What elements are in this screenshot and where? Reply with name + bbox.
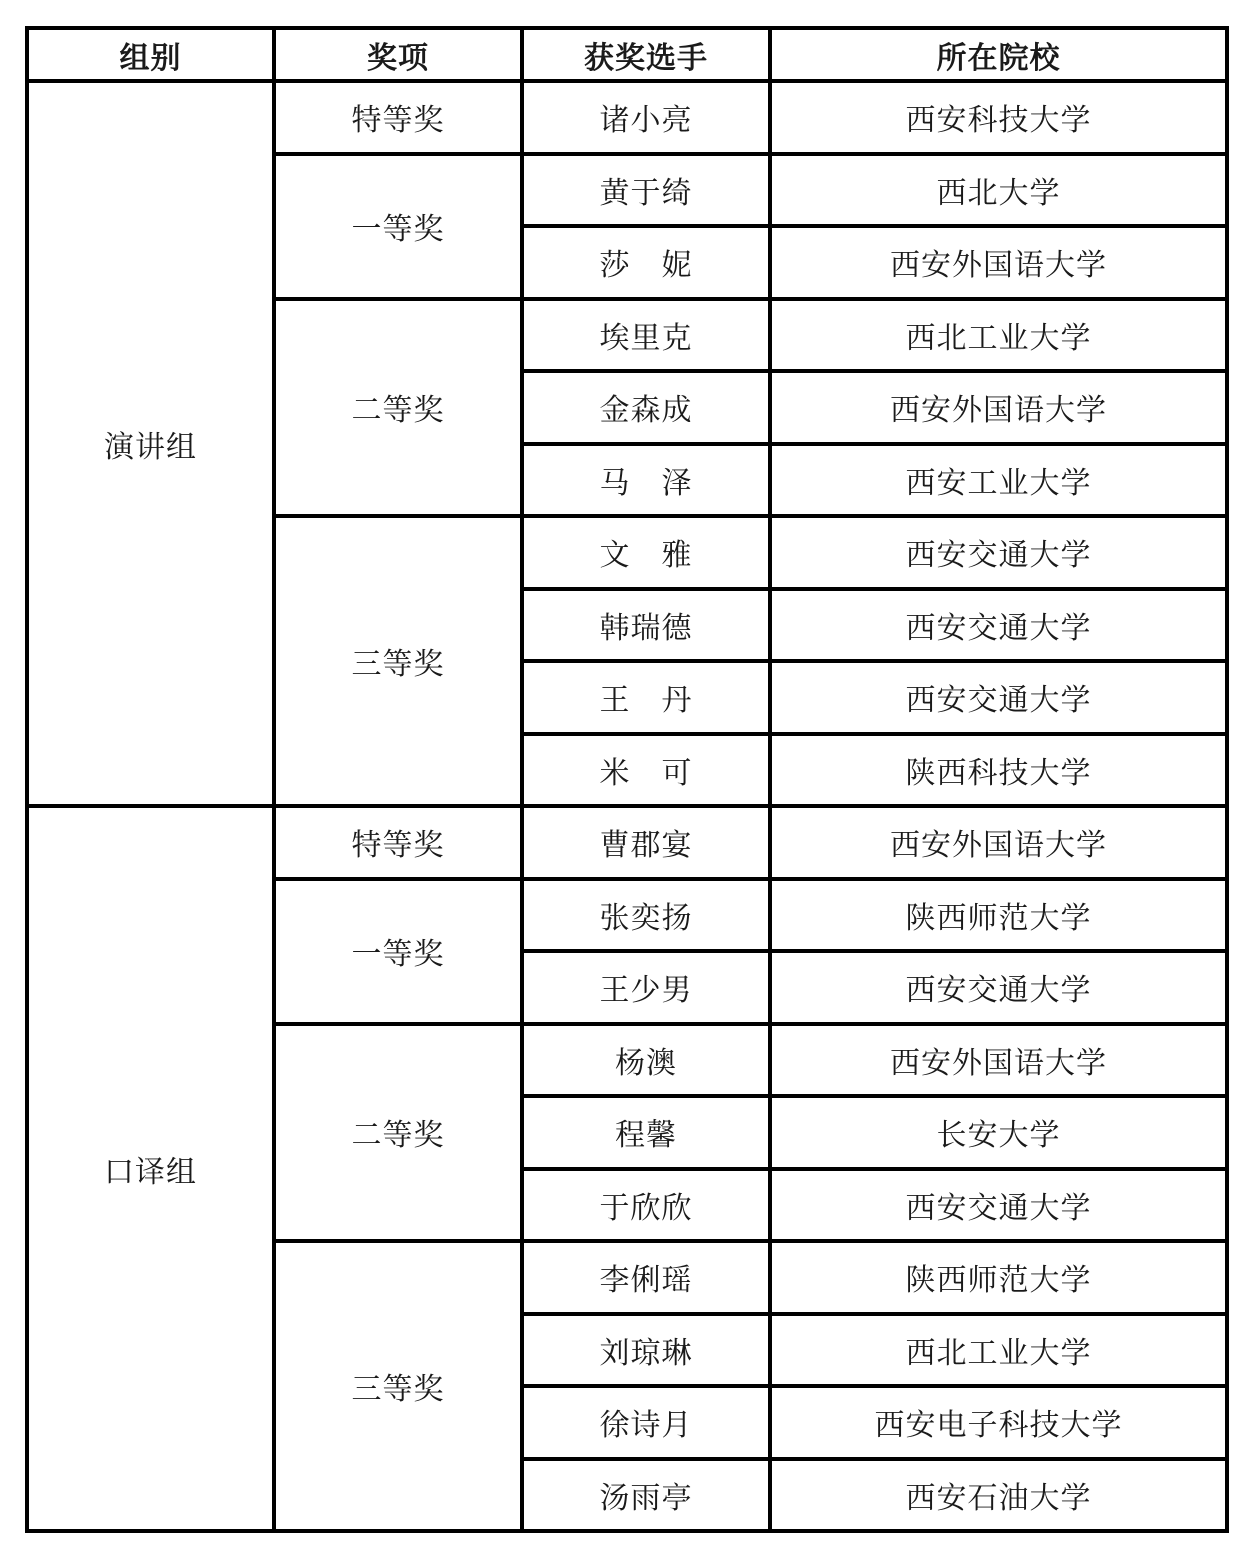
winner-name-cell: 程馨 bbox=[522, 1096, 770, 1169]
table-row: 口译组特等奖曹郡宴西安外国语大学 bbox=[27, 806, 1227, 879]
school-cell: 西安电子科技大学 bbox=[770, 1386, 1227, 1459]
school-cell: 西安工业大学 bbox=[770, 444, 1227, 517]
winner-name-cell: 张奕扬 bbox=[522, 879, 770, 952]
award-cell: 特等奖 bbox=[274, 806, 522, 879]
award-cell: 特等奖 bbox=[274, 81, 522, 154]
header-group-column: 组别 bbox=[27, 28, 274, 81]
school-cell: 西安交通大学 bbox=[770, 1169, 1227, 1242]
winner-name-cell: 埃里克 bbox=[522, 299, 770, 372]
winner-name-cell: 韩瑞德 bbox=[522, 589, 770, 662]
document-page: 组别 奖项 获奖选手 所在院校 演讲组特等奖诸小亮西安科技大学一等奖黄于绮西北大… bbox=[0, 0, 1244, 1562]
header-row: 组别 奖项 获奖选手 所在院校 bbox=[27, 28, 1227, 81]
winner-name-cell: 黄于绮 bbox=[522, 154, 770, 227]
winner-name-cell: 李俐瑶 bbox=[522, 1241, 770, 1314]
school-cell: 陕西师范大学 bbox=[770, 879, 1227, 952]
winner-name-cell: 米 可 bbox=[522, 734, 770, 807]
award-cell: 二等奖 bbox=[274, 1024, 522, 1242]
school-cell: 陕西师范大学 bbox=[770, 1241, 1227, 1314]
school-cell: 西安外国语大学 bbox=[770, 371, 1227, 444]
school-cell: 陕西科技大学 bbox=[770, 734, 1227, 807]
winner-name-cell: 王 丹 bbox=[522, 661, 770, 734]
winner-name-cell: 刘琼琳 bbox=[522, 1314, 770, 1387]
winner-name-cell: 曹郡宴 bbox=[522, 806, 770, 879]
school-cell: 西北工业大学 bbox=[770, 1314, 1227, 1387]
award-cell: 三等奖 bbox=[274, 1241, 522, 1531]
header-school-column: 所在院校 bbox=[770, 28, 1227, 81]
school-cell: 西安交通大学 bbox=[770, 589, 1227, 662]
winner-name-cell: 杨澳 bbox=[522, 1024, 770, 1097]
header-winner-column: 获奖选手 bbox=[522, 28, 770, 81]
school-cell: 西安交通大学 bbox=[770, 516, 1227, 589]
winner-name-cell: 莎 妮 bbox=[522, 226, 770, 299]
winner-name-cell: 马 泽 bbox=[522, 444, 770, 517]
header-award-column: 奖项 bbox=[274, 28, 522, 81]
school-cell: 西安外国语大学 bbox=[770, 226, 1227, 299]
school-cell: 西安交通大学 bbox=[770, 951, 1227, 1024]
school-cell: 西安石油大学 bbox=[770, 1459, 1227, 1532]
school-cell: 西安外国语大学 bbox=[770, 1024, 1227, 1097]
winner-name-cell: 金森成 bbox=[522, 371, 770, 444]
winner-name-cell: 汤雨亭 bbox=[522, 1459, 770, 1532]
group-cell: 口译组 bbox=[27, 806, 274, 1531]
school-cell: 长安大学 bbox=[770, 1096, 1227, 1169]
school-cell: 西安交通大学 bbox=[770, 661, 1227, 734]
school-cell: 西北工业大学 bbox=[770, 299, 1227, 372]
award-cell: 一等奖 bbox=[274, 154, 522, 299]
school-cell: 西安科技大学 bbox=[770, 81, 1227, 154]
table-row: 演讲组特等奖诸小亮西安科技大学 bbox=[27, 81, 1227, 154]
award-cell: 一等奖 bbox=[274, 879, 522, 1024]
school-cell: 西安外国语大学 bbox=[770, 806, 1227, 879]
award-cell: 二等奖 bbox=[274, 299, 522, 517]
winner-name-cell: 于欣欣 bbox=[522, 1169, 770, 1242]
group-cell: 演讲组 bbox=[27, 81, 274, 806]
award-cell: 三等奖 bbox=[274, 516, 522, 806]
winner-name-cell: 王少男 bbox=[522, 951, 770, 1024]
winner-name-cell: 徐诗月 bbox=[522, 1386, 770, 1459]
school-cell: 西北大学 bbox=[770, 154, 1227, 227]
winner-name-cell: 诸小亮 bbox=[522, 81, 770, 154]
awards-table: 组别 奖项 获奖选手 所在院校 演讲组特等奖诸小亮西安科技大学一等奖黄于绮西北大… bbox=[25, 26, 1229, 1533]
winner-name-cell: 文 雅 bbox=[522, 516, 770, 589]
